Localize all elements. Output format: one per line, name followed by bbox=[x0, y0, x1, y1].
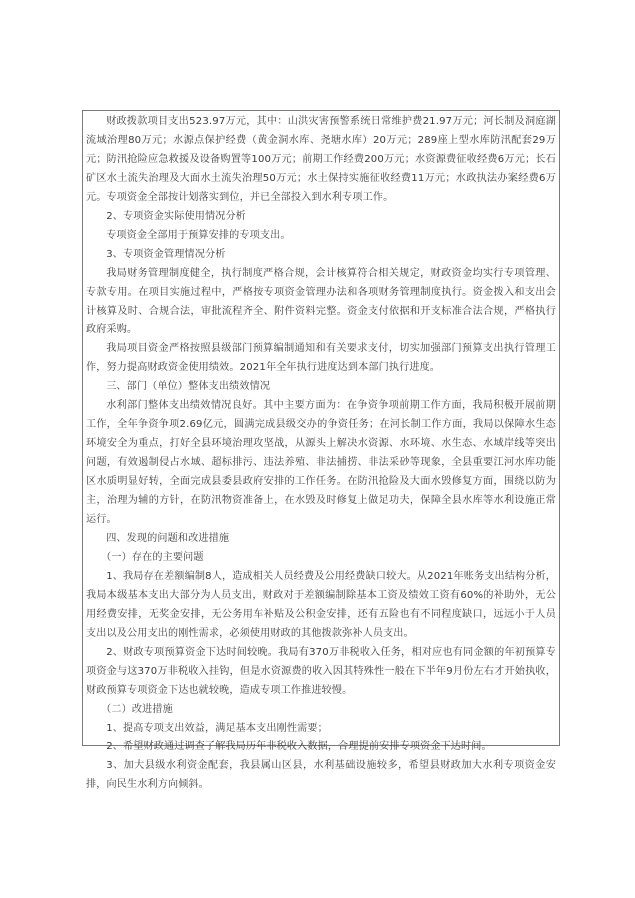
paragraph-special-fund-expenditure: 财政拨款项目支出523.97万元，其中：山洪灾害预警系统日常维护费21.97万元… bbox=[86, 113, 556, 208]
paragraph-problem-2: 2、财政专项预算资金下达时间较晚。我局有370万非税收入任务，相对应也有同金额的… bbox=[86, 644, 556, 701]
paragraph-problem-1: 1、我局存在差额编制8人，造成相关人员经费及公用经费缺口较大。从2021年账务支… bbox=[86, 568, 556, 644]
subheading-actual-usage: 2、专项资金实际使用情况分析 bbox=[86, 208, 556, 227]
bordered-content-box: 财政拨款项目支出523.97万元，其中：山洪灾害预警系统日常维护费21.97万元… bbox=[82, 110, 560, 746]
document-page: 财政拨款项目支出523.97万元，其中：山洪灾害预警系统日常维护费21.97万元… bbox=[0, 0, 635, 898]
section-heading-overall-performance: 三、部门（单位）整体支出绩效情况 bbox=[86, 378, 556, 397]
section-heading-problems-improvements: 四、发现的问题和改进措施 bbox=[86, 530, 556, 549]
paragraph-measure-3: 3、加大县级水利资金配套，我县属山区县，水利基础设施较多，希望县财政加大水利专项… bbox=[86, 757, 556, 795]
paragraph-measure-1: 1、提高专项支出效益，满足基本支出刚性需要； bbox=[86, 720, 556, 739]
paragraph-actual-usage: 专项资金全部用于预算安排的专项支出。 bbox=[86, 227, 556, 246]
paragraph-overall-performance: 水利部门整体支出绩效情况良好。其中主要方面为：在争资争项前期工作方面，我局积极开… bbox=[86, 397, 556, 530]
paragraph-measure-2: 2、希望财政通过调查了解我局历年非税收入数据，合理提前安排专项资金下达时间。 bbox=[86, 738, 556, 757]
subheading-fund-management: 3、专项资金管理情况分析 bbox=[86, 246, 556, 265]
paragraph-budget-execution: 我局项目资金严格按照县级部门预算编制通知和有关要求支付，切实加强部门预算支出执行… bbox=[86, 340, 556, 378]
paragraph-fund-management: 我局财务管理制度健全，执行制度严格合规，会计核算符合相关规定，财政资金均实行专项… bbox=[86, 265, 556, 341]
subheading-improvement-measures: （二）改进措施 bbox=[86, 701, 556, 720]
subheading-main-problems: （一）存在的主要问题 bbox=[86, 549, 556, 568]
